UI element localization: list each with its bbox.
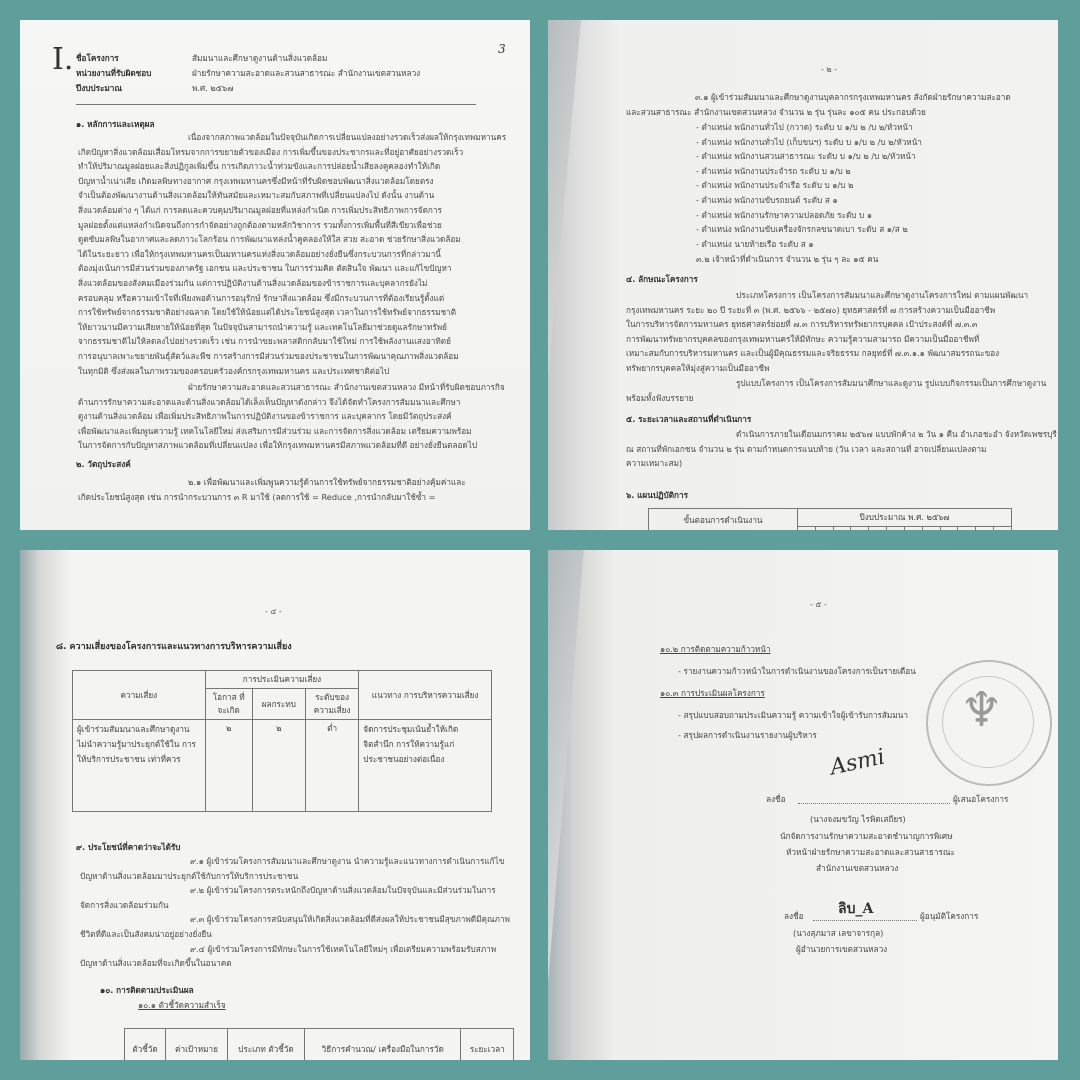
section-5-title: ๕. ระยะเวลาและสถานที่ดำเนินการ	[626, 412, 751, 427]
garuda-emblem-icon: ♆	[960, 682, 1003, 738]
section-4-paragraph-2: รูปแบบโครงการ เป็นโครงการสัมมนาศึกษาและด…	[626, 376, 1026, 405]
paragraph-line: มูลฝอยตั้งแต่แหล่งกำเนิดจนถึงการกำจัดอย่…	[78, 218, 478, 233]
section-10-2-title: ๑๐.๒ การติดตามความก้าวหน้า	[660, 642, 771, 657]
section-6-title: ๖. แผนปฏิบัติการ	[626, 488, 688, 503]
document-page-5: - ๕ - ๑๐.๒ การติดตามความก้าวหน้า - รายงา…	[548, 550, 1058, 1060]
risk-col-header: ความเสี่ยง	[73, 671, 206, 720]
mitigation-cell: จัดการประชุมเน้นย้ำให้เกิด จิตสำนึก การใ…	[359, 720, 492, 812]
paragraph-line: ทรัพยากรบุคคลให้มุ่งสู่ความเป็นมืออาชีพ	[626, 361, 1026, 376]
proposer-role: ผู้เสนอโครงการ	[953, 792, 1008, 807]
paragraph-line: ในการจัดการกับปัญหาสภาพแวดล้อมที่เปลี่ยน…	[78, 438, 478, 453]
paragraph-line: จำเป็นต้องพัฒนางานด้านสิ่งแวดล้อมให้ทันส…	[78, 188, 478, 203]
impact-col-header: ผลกระทบ	[252, 689, 305, 720]
approver-name: (นางสุภมาส เลขาจารกุล)	[793, 926, 883, 941]
paragraph-line: ในการบริหารจัดการมหานคร ยุทธศาสตร์ย่อยที…	[626, 317, 1026, 332]
proposer-title-3: สำนักงานเขตสวนหลวง	[816, 861, 898, 876]
approver-signature-line	[813, 920, 917, 921]
page-fold-shadow	[548, 550, 603, 1060]
kpi-col-header: วิธีการคำนวณ/ เครื่องมือในการวัด	[304, 1029, 460, 1061]
proposer-name: (นางจงมขวัญ ไรพิตเสถียร)	[810, 812, 906, 827]
paragraph-line: ด้านการรักษาความสะอาดและด้านสิ่งแวดล้อมไ…	[78, 395, 478, 410]
benefit-item: ๙.๒ ผู้เข้าร่วมโครงการตระหนักถึงปัญหาด้า…	[80, 883, 500, 898]
paragraph-line: เนื่องจากสภาพแวดล้อมในปัจจุบันเกิดการเปล…	[78, 130, 478, 145]
paragraph-line: ปัญหาน้ำเน่าเสีย เกิดมลพิษทางอากาศ กรุงเ…	[78, 174, 478, 189]
action-plan-table: ขั้นตอนการดำเนินงาน ปีงบประมาณ พ.ศ. ๒๕๖๗	[648, 508, 1012, 530]
plan-col-budget-year: ปีงบประมาณ พ.ศ. ๒๕๖๗	[798, 509, 1012, 527]
project-name-label: ชื่อโครงการ	[76, 51, 119, 66]
handwritten-page-mark: I.	[52, 42, 73, 77]
risk-table: ความเสี่ยง การประเมินความเสี่ยง แนวทาง ก…	[72, 670, 492, 812]
page-number: - ๔ -	[265, 605, 282, 618]
level-cell: ต่ำ	[305, 720, 358, 812]
position-item: - ตำแหน่ง นายท้ายเรือ ระดับ ส ๑	[696, 237, 1016, 252]
paragraph-line: ทำให้ปริมาณมูลฝอยและสิ่งปฏิกูลเพิ่มขึ้น …	[78, 159, 478, 174]
mitigation-col-header: แนวทาง การบริหารความเสี่ยง	[359, 671, 492, 720]
position-item: - ตำแหน่ง พนักงานรักษาความปลอดภัย ระดับ …	[696, 208, 1016, 223]
paragraph-line: เหมาะสมกับการบริหารมหานคร และเป็นผู้มีคุ…	[626, 346, 1026, 361]
kpi-col-header: ประเภท ตัวชี้วัด	[227, 1029, 304, 1061]
approver-signature: ลิบ_A	[838, 898, 873, 920]
position-item: - ตำแหน่ง พนักงานทั่วไป (เก็บขนฯ) ระดับ …	[696, 135, 1016, 150]
section-8-title: ๘. ความเสี่ยงของโครงการและแนวทางการบริหา…	[56, 640, 292, 655]
paragraph-line: การพัฒนาทรัพยากรบุคคลของกรุงเทพมหานครให้…	[626, 332, 1026, 347]
kpi-table: ตัวชี้วัดค่าเป้าหมายประเภท ตัวชี้วัดวิธี…	[124, 1028, 514, 1060]
section-2-title: ๒. วัตถุประสงค์	[76, 457, 131, 472]
paragraph-line: ฝ่ายรักษาความสะอาดและสวนสาธารณะ สำนักงาน…	[78, 380, 478, 395]
position-item: - ตำแหน่ง พนักงานประจำรถ ระดับ บ ๑/บ ๒	[696, 164, 1016, 179]
risk-cell: ผู้เข้าร่วมสัมมนาและศึกษาดูงาน ไม่นำความ…	[73, 720, 206, 812]
section-10-title: ๑๐. การติดตามประเมินผล	[100, 983, 194, 998]
page-number: - ๒ -	[821, 63, 837, 76]
document-page-2: - ๒ - ๓.๑ ผู้เข้าร่วมสัมมนาและศึกษาดูงาน…	[548, 20, 1058, 530]
evaluation-item-1: - สรุปแบบสอบถามประเมินความรู้ ความเข้าใจ…	[678, 708, 908, 723]
likelihood-cell: ๒	[205, 720, 252, 812]
progress-item: - รายงานความก้าวหน้าในการดำเนินงานของโคร…	[678, 664, 916, 679]
position-item: - ตำแหน่ง พนักงานขับเครื่องจักรกลขนาดเบา…	[696, 222, 1016, 237]
benefit-item-continued: ชีวิตที่ดีและเป็นสังคมน่าอยู่อย่างยั่งยื…	[80, 927, 500, 942]
fiscal-year-value: พ.ศ. ๒๕๖๗	[192, 81, 233, 96]
position-item: - ตำแหน่ง พนักงานทั่วไป (กวาด) ระดับ บ ๑…	[696, 120, 1016, 135]
approver-role: ผู้อนุมัติโครงการ	[920, 909, 978, 924]
section-1-paragraph-1: เนื่องจากสภาพแวดล้อมในปัจจุบันเกิดการเปล…	[78, 130, 478, 378]
handwritten-number: 3	[498, 42, 506, 56]
likelihood-col-header: โอกาส ที่จะเกิด	[205, 689, 252, 720]
paragraph-line: สิ่งแวดล้อมของสังคมเมืองร่วมกัน แต่การปฏ…	[78, 276, 478, 291]
paragraph-line: เพื่อพัฒนาและเพิ่มพูนความรู้ เทคโนโลยีให…	[78, 424, 478, 439]
paragraph-line: ณ สถานที่พักเอกชน จำนวน ๒ รุ่น ตามกำหนดก…	[626, 442, 1026, 457]
proposer-title-2: หัวหน้าฝ่ายรักษาความสะอาดและสวนสาธารณะ	[786, 845, 955, 860]
paragraph-line: การใช้ทรัพย์จากธรรมชาติอย่างฉลาด โดยใช้ใ…	[78, 305, 478, 320]
paragraph-line: ดำเนินการภายในเดือนมกราคม ๒๕๖๗ แบบพักค้า…	[626, 427, 1026, 442]
paragraph-line: จากธรรมชาติไม่ให้ลดลงไปอย่างรวดเร็ว เช่น…	[78, 334, 478, 349]
participants-intro-line-1: ๓.๑ ผู้เข้าร่วมสัมมนาและศึกษาดูงานบุคลาก…	[695, 90, 1011, 105]
paragraph-line: ดูดซับมลพิษในอากาศและลดภาวะโลกร้อน การพั…	[78, 232, 478, 247]
paragraph-line: ให้ยาวนานมีความเสียหายให้น้อยที่สุด ในปั…	[78, 320, 478, 335]
position-item: - ตำแหน่ง พนักงานขับรถยนต์ ระดับ ส ๑	[696, 193, 1016, 208]
kpi-col-header: ค่าเป้าหมาย	[166, 1029, 228, 1061]
position-item: - ตำแหน่ง พนักงานสวนสาธารณะ ระดับ บ ๑/บ …	[696, 149, 1016, 164]
objective-2-1-line-1: ๒.๑ เพื่อพัฒนาและเพิ่มพูนความรู้ด้านการใ…	[188, 475, 466, 490]
positions-list: - ตำแหน่ง พนักงานทั่วไป (กวาด) ระดับ บ ๑…	[696, 120, 1016, 251]
section-10-1-title: ๑๐.๑ ตัวชี้วัดความสำเร็จ	[138, 998, 226, 1013]
section-5-paragraph: ดำเนินการภายในเดือนมกราคม ๒๕๖๗ แบบพักค้า…	[626, 427, 1026, 471]
approver-title: ผู้อำนวยการเขตสวนหลวง	[796, 942, 887, 957]
page-number: - ๕ -	[810, 598, 827, 611]
section-10-3-title: ๑๐.๓ การประเมินผลโครงการ	[660, 686, 765, 701]
proposer-title-1: นักจัดการงานรักษาความสะอาดชำนาญการพิเศษ	[780, 829, 953, 844]
section-4-paragraph-1: ประเภทโครงการ เป็นโครงการสัมมนาและศึกษาด…	[626, 288, 1026, 376]
paragraph-line: กรุงเทพมหานคร ระยะ ๒๐ ปี ระยะที่ ๓ (พ.ศ.…	[626, 303, 1026, 318]
participants-intro-line-2: และสวนสาธารณะ สำนักงานเขตสวนหลวง จำนวน ๒…	[626, 105, 926, 120]
responsible-unit-value: ฝ่ายรักษาความสะอาดและสวนสาธารณะ สำนักงาน…	[192, 66, 420, 81]
paragraph-line: การอนุบาลเพาะขยายพันธุ์สัตว์และพืช การสร…	[78, 349, 478, 364]
table-row: ผู้เข้าร่วมสัมมนาและศึกษาดูงาน ไม่นำความ…	[73, 720, 492, 812]
section-1-paragraph-2: ฝ่ายรักษาความสะอาดและสวนสาธารณะ สำนักงาน…	[78, 380, 478, 453]
benefit-item: ๙.๓ ผู้เข้าร่วมโครงการสนับสนุนให้เกิดสิ่…	[80, 912, 500, 927]
staff-line: ๓.๒ เจ้าหน้าที่ดำเนินการ จำนวน ๒ รุ่น ๆ …	[696, 252, 878, 267]
plan-col-steps: ขั้นตอนการดำเนินงาน	[649, 509, 798, 531]
paragraph-line: ต้องมุ่งเน้นการมีส่วนร่วมของภาครัฐ เอกชน…	[78, 261, 478, 276]
paragraph-line: เกิดปัญหาสิ่งแวดล้อมเสื่อมโทรมจากการขยาย…	[78, 145, 478, 160]
paragraph-line: ความเหมาะสม)	[626, 456, 1026, 471]
section-9-title: ๙. ประโยชน์ที่คาดว่าจะได้รับ	[76, 840, 181, 855]
benefit-item-continued: ปัญหาด้านสิ่งแวดล้อมมาประยุกต์ใช้กับการใ…	[80, 869, 500, 884]
kpi-col-header: ระยะเวลา	[461, 1029, 514, 1061]
paragraph-line: ดูงานด้านสิ่งแวดล้อม เพื่อเพิ่มประสิทธิภ…	[78, 409, 478, 424]
proposer-signature: Asmi	[828, 745, 887, 781]
evaluation-item-2: - สรุปผลการดำเนินงานรายงานผู้บริหาร	[678, 728, 817, 743]
benefit-item: ๙.๑ ผู้เข้าร่วมโครงการสัมมนาและศึกษาดูงา…	[80, 854, 500, 869]
paragraph-line: ประเภทโครงการ เป็นโครงการสัมมนาและศึกษาด…	[626, 288, 1026, 303]
proposer-sign-prefix: ลงชื่อ	[766, 792, 786, 807]
benefit-item-continued: จัดการสิ่งแวดล้อมร่วมกัน	[80, 898, 500, 913]
document-page-1: I. 3 ชื่อโครงการ สัมมนาและศึกษาดูงานด้าน…	[20, 20, 530, 530]
paragraph-line: ครอบคลุม หรือความเข้าใจที่เพียงพอด้านการ…	[78, 291, 478, 306]
responsible-unit-label: หน่วยงานที่รับผิดชอบ	[76, 66, 151, 81]
position-item: - ตำแหน่ง พนักงานประจำเรือ ระดับ บ ๑/บ ๒	[696, 178, 1016, 193]
impact-cell: ๒	[252, 720, 305, 812]
section-4-title: ๔. ลักษณะโครงการ	[626, 272, 698, 287]
fiscal-year-label: ปีงบประมาณ	[76, 81, 122, 96]
approver-sign-prefix: ลงชื่อ	[784, 909, 804, 924]
document-page-4: - ๔ - ๘. ความเสี่ยงของโครงการและแนวทางกา…	[20, 550, 530, 1060]
paragraph-line: สิ่งแวดล้อมต่าง ๆ ได้แก่ การลดและควบคุมป…	[78, 203, 478, 218]
project-name-value: สัมมนาและศึกษาดูงานด้านสิ่งแวดล้อม	[192, 51, 327, 66]
paragraph-line: รูปแบบโครงการ เป็นโครงการสัมมนาศึกษาและด…	[626, 376, 1026, 391]
header-divider	[76, 104, 476, 105]
benefit-item: ๙.๔ ผู้เข้าร่วมโครงการมีทักษะในการใช้เทค…	[80, 942, 500, 957]
kpi-col-header: ตัวชี้วัด	[125, 1029, 166, 1061]
objective-2-1-line-2: เกิดประโยชน์สูงสุด เช่น การนำกระบวนการ ๓…	[78, 490, 435, 505]
paragraph-line: พร้อมทั้งฟังบรรยาย	[626, 391, 1026, 406]
assessment-col-header: การประเมินความเสี่ยง	[205, 671, 359, 689]
paragraph-line: ได้ในระยะยาว เพื่อให้กรุงเทพมหานครเป็นมห…	[78, 247, 478, 262]
benefit-item-continued: ปัญหาด้านสิ่งแวดล้อมที่จะเกิดขึ้นในอนาคต	[80, 956, 500, 971]
benefits-list: ๙.๑ ผู้เข้าร่วมโครงการสัมมนาและศึกษาดูงา…	[80, 854, 500, 971]
paragraph-line: ในทุกมิติ ซึ่งส่งผลในภาพรวมของครอบครัวอง…	[78, 364, 478, 379]
level-col-header: ระดับของ ความเสี่ยง	[305, 689, 358, 720]
official-seal: ♆	[926, 660, 1052, 786]
proposer-signature-line	[798, 803, 950, 804]
page-fold-shadow	[548, 20, 603, 530]
